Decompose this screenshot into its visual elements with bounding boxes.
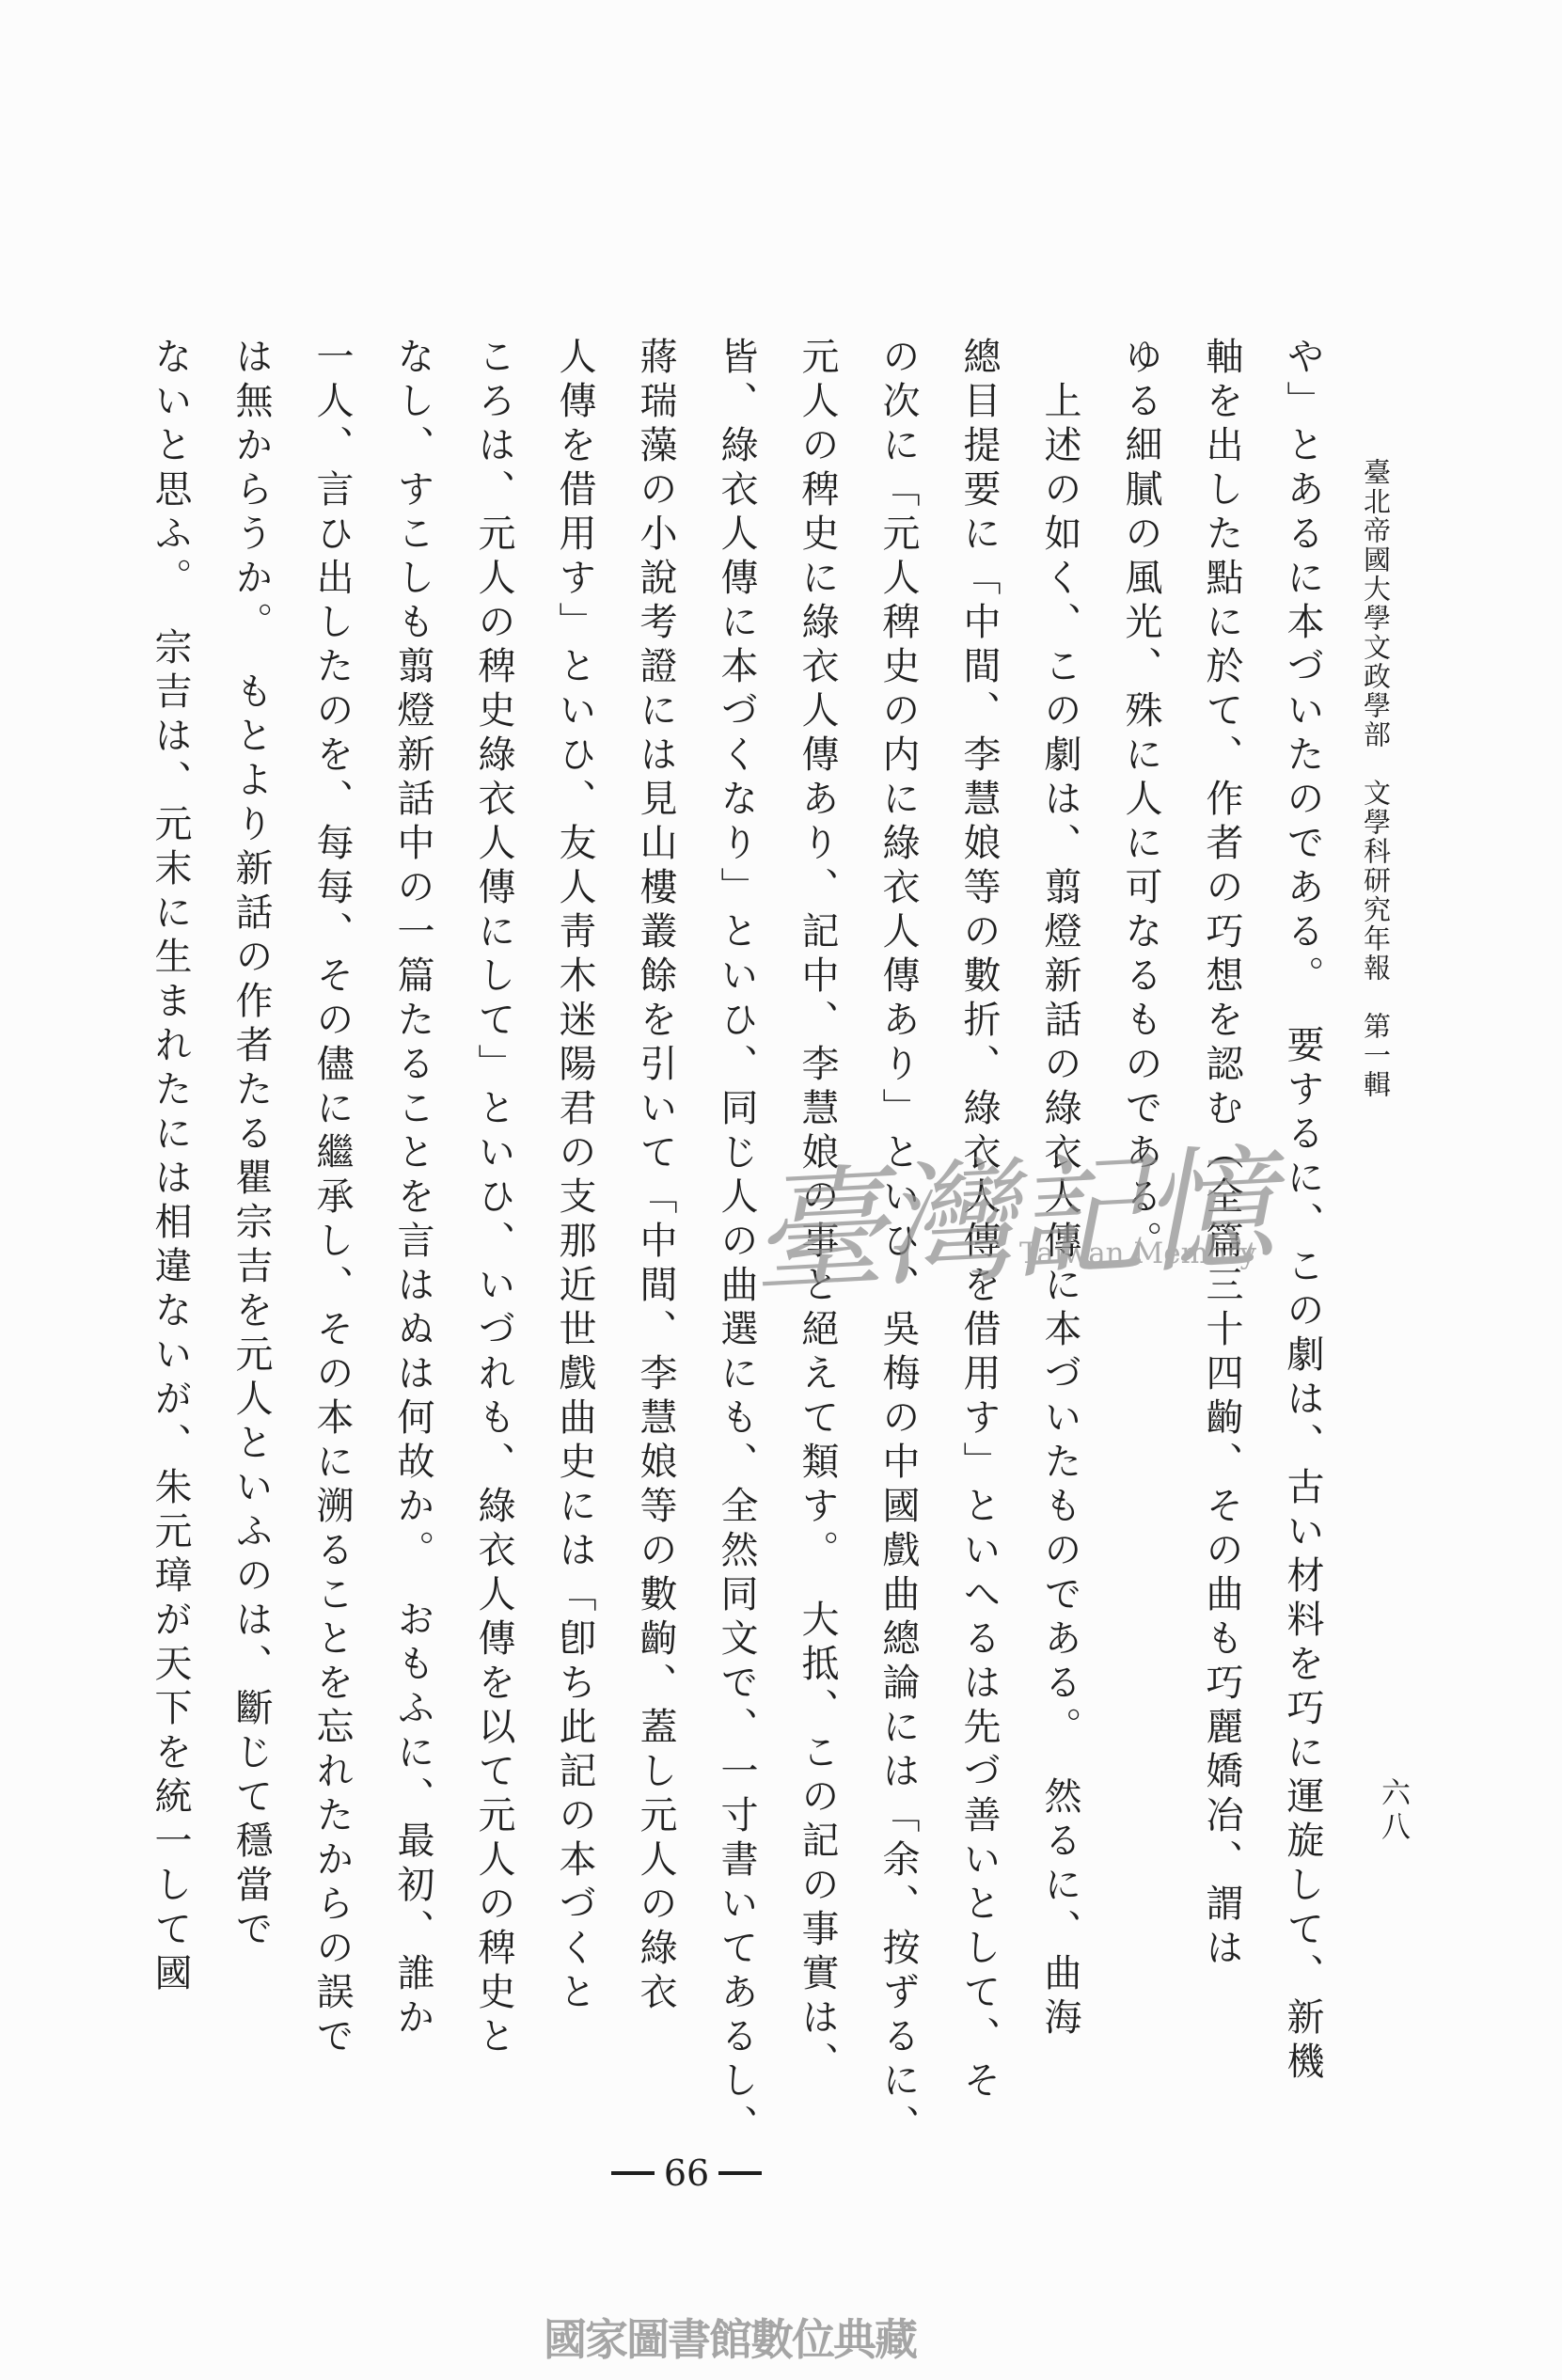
text-column: ころは、元人の稗史綠衣人傳にして」といひ、いづれも、綠衣人傳を以て元人の稗史と [453,337,534,2133]
main-text-block: や」とあるに本づいたのである。 要するに、この劇は、古い材料を巧に運旋して、新機… [130,337,1343,2133]
text-column: は無からうか。 もとより新話の作者たる瞿宗吉を元人といふのは、斷じて穩當で [211,337,292,2133]
page-number-dash-left [611,2171,655,2175]
text-column: ゆる細膩の風光、殊に人に可なるものである。 [1100,337,1181,2133]
page-number: 66 [664,2155,709,2191]
folio-number-kanji: 六八 [1375,1777,1411,1852]
page-number-dash-right [718,2171,762,2175]
text-column: や」とあるに本づいたのである。 要するに、この劇は、古い材料を巧に運旋して、新機 [1262,337,1343,2133]
text-column: 人傳を借用す」といひ、友人靑木迷陽君の支那近世戲曲史には「卽ち此記の本づくと [534,337,615,2133]
text-column: 元人の稗史に綠衣人傳あり、記中、李慧娘の事と絕えて類す。 大抵、この記の事實は、 [777,337,858,2133]
text-column: 蔣瑞藻の小說考證には見山樓叢餘を引いて「中間、李慧娘等の數齣、蓋し元人の綠衣 [615,337,696,2133]
text-column: 一人、言ひ出したのを、每每、その儘に繼承し、その本に溯ることを忘れたからの誤で [292,337,372,2133]
digital-archive-footer: 國家圖書館數位典藏 [544,2306,916,2368]
text-column: 上述の如く、この劇は、翦燈新話の綠衣人傳に本づいたものである。 然るに、曲海 [1019,337,1100,2133]
journal-running-head: 臺北帝國大學文政學部 文學科研究年報 第一輯 [1358,458,1394,1191]
text-column: 皆、綠衣人傳に本づくなり」といひ、同じ人の曲選にも、全然同文で、一寸書いてあるし… [696,337,777,2133]
text-column: なし、すこしも翦燈新話中の一篇たることを言はぬは何故か。 おもふに、最初、誰か [372,337,453,2133]
text-column: ないと思ふ。 宗吉は、元末に生まれたには相違ないが、朱元璋が天下を統一して國 [130,337,211,2133]
text-column: の次に「元人稗史の内に綠衣人傳あり」といひ、吳梅の中國戲曲總論には「余、按ずるに… [858,337,939,2133]
page-number-line: 66 [611,2148,762,2199]
text-column: 軸を出した點に於て、作者の巧想を認む（全篇三十四齣、その曲も巧麗嬌冶、謂は [1181,337,1262,2133]
scanned-document-page: 臺北帝國大學文政學部 文學科研究年報 第一輯 六八 や」とあるに本づいたのである… [0,0,1562,2380]
text-column: 總目提要に「中間、李慧娘等の數折、綠衣人傳を借用す」といへるは先づ善いとして、そ [939,337,1019,2133]
